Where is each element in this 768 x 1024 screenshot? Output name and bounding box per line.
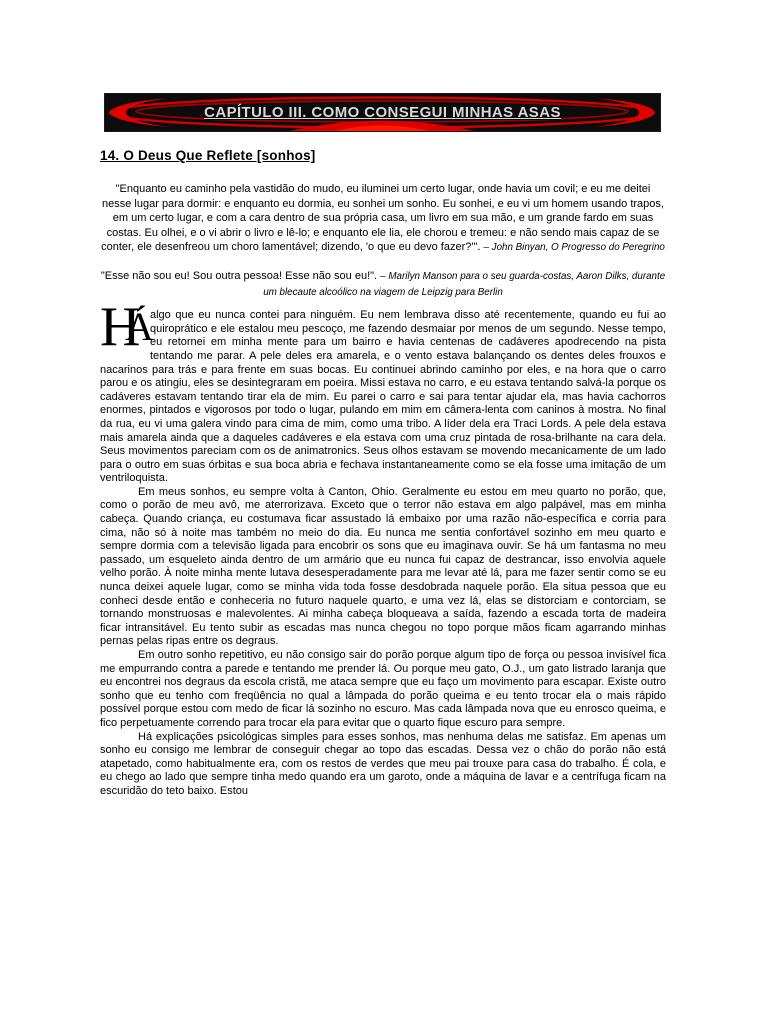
body-paragraph-3: Em outro sonho repetitivo, eu não consig… <box>100 649 666 731</box>
drop-cap: HÁ <box>100 309 147 350</box>
body-paragraph-4: Há explicações psicológicas simples para… <box>100 731 666 799</box>
page-content: CAPÍTULO III. COMO CONSEGUI MINHAS ASAS … <box>100 94 666 799</box>
paragraph-text: algo que eu nunca contei para ninguém. E… <box>100 309 666 484</box>
chapter-title: CAPÍTULO III. COMO CONSEGUI MINHAS ASAS <box>105 94 660 131</box>
document-page: CAPÍTULO III. COMO CONSEGUI MINHAS ASAS … <box>0 0 768 1024</box>
chapter-banner: CAPÍTULO III. COMO CONSEGUI MINHAS ASAS <box>105 94 660 131</box>
body-text: HÁalgo que eu nunca contei para ninguém.… <box>100 309 666 798</box>
quote-attribution: – John Binyan, O Progresso do Peregrino <box>484 242 665 253</box>
body-paragraph-2: Em meus sonhos, eu sempre volta à Canton… <box>100 486 666 649</box>
epigraph-quote-1: "Enquanto eu caminho pela vastidão do mu… <box>100 182 666 256</box>
epigraph-quote-2: "Esse não sou eu! Sou outra pessoa! Esse… <box>100 269 666 300</box>
body-paragraph-1: HÁalgo que eu nunca contei para ninguém.… <box>100 309 666 486</box>
section-heading: 14. O Deus Que Reflete [sonhos] <box>100 148 666 163</box>
quote-text: "Esse não sou eu! Sou outra pessoa! Esse… <box>101 270 377 282</box>
drop-cap-letter-a: Á <box>125 306 154 348</box>
